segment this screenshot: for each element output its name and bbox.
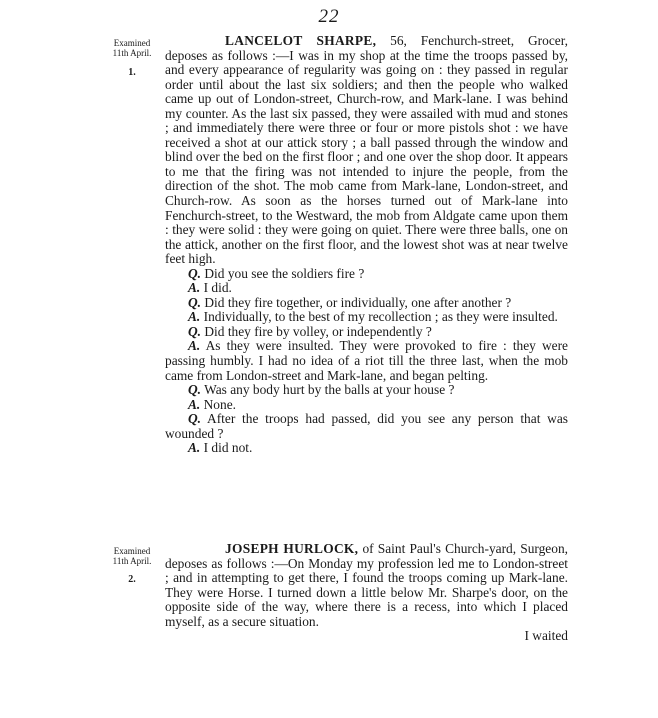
qa-line: Q. After the troops had passed, did you …	[165, 412, 568, 441]
margin-note-line: Examined	[104, 38, 160, 48]
qa-line: Q. Did you see the soldiers fire ?	[165, 267, 568, 282]
qa-line: Q. Did they fire by volley, or independe…	[165, 325, 568, 340]
qa-line: A. I did.	[165, 281, 568, 296]
margin-note-line: Examined	[104, 546, 160, 556]
deponent-name: JOSEPH HURLOCK,	[225, 541, 358, 556]
qa-text: I did.	[200, 280, 232, 295]
catchword: I waited	[165, 629, 568, 644]
answer-label: A.	[188, 280, 200, 295]
question-label: Q.	[188, 411, 201, 426]
qa-text: After the troops had passed, did you see…	[165, 411, 568, 441]
qa-text: Did they fire by volley, or independentl…	[201, 324, 432, 339]
margin-note-date: 11th April.	[104, 556, 160, 566]
answer-label: A.	[188, 309, 200, 324]
qa-line: A. As they were insulted. They were prov…	[165, 339, 568, 383]
question-label: Q.	[188, 382, 201, 397]
qa-text: Did you see the soldiers fire ?	[201, 266, 364, 281]
deposition-intro: JOSEPH HURLOCK, of Saint Paul's Church-y…	[165, 542, 568, 629]
question-label: Q.	[188, 324, 201, 339]
question-label: Q.	[188, 295, 201, 310]
page-number: 22	[0, 6, 658, 28]
deposition-number: 2.	[104, 574, 160, 585]
answer-label: A.	[188, 338, 200, 353]
deposition-text: LANCELOT SHARPE, 56, Fenchurch-street, G…	[165, 34, 568, 456]
deposition-text: JOSEPH HURLOCK, of Saint Paul's Church-y…	[165, 542, 568, 644]
qa-text: Individually, to the best of my recollec…	[200, 309, 558, 324]
answer-label: A.	[188, 397, 200, 412]
deponent-name: LANCELOT SHARPE,	[225, 33, 376, 48]
qa-line: Q. Did they fire together, or individual…	[165, 296, 568, 311]
margin-note-date: 11th April.	[104, 48, 160, 58]
margin-note-examined: Examined 11th April.	[104, 38, 160, 58]
qa-line: A. Individually, to the best of my recol…	[165, 310, 568, 325]
qa-text: I did not.	[200, 440, 252, 455]
question-label: Q.	[188, 266, 201, 281]
answer-label: A.	[188, 440, 200, 455]
deposition-number: 1.	[104, 67, 160, 78]
deposition-intro: LANCELOT SHARPE, 56, Fenchurch-street, G…	[165, 34, 568, 267]
qa-line: Q. Was any body hurt by the balls at you…	[165, 383, 568, 398]
qa-text: Did they fire together, or individually,…	[201, 295, 511, 310]
qa-text: None.	[200, 397, 236, 412]
qa-text: Was any body hurt by the balls at your h…	[201, 382, 454, 397]
margin-note-examined: Examined 11th April.	[104, 546, 160, 566]
intro-text: 56, Fenchurch-street, Grocer, deposes as…	[165, 33, 568, 266]
qa-text: As they were insulted. They were provoke…	[165, 338, 568, 382]
qa-line: A. None.	[165, 398, 568, 413]
qa-line: A. I did not.	[165, 441, 568, 456]
